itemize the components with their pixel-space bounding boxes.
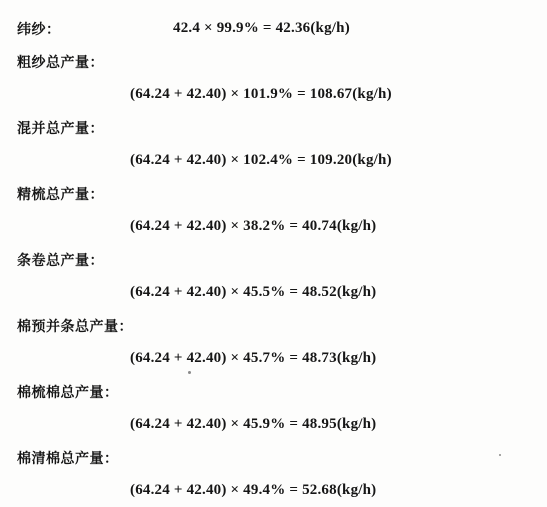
row-cotton-pre-drawing-total-label: 棉预并条总产量： (17, 309, 547, 342)
formula-cotton-carding-total: (64.24 + 42.40) × 45.9% = 48.95(kg/h) (130, 416, 376, 433)
row-cotton-cleaning-total-label: 棉清棉总产量： (17, 441, 547, 474)
scan-speck (499, 454, 501, 456)
row-sliver-lap-total-formula: (64.24 + 42.40) × 45.5% = 48.52(kg/h) (17, 276, 547, 309)
row-cotton-cleaning-total-formula: (64.24 + 42.40) × 49.4% = 52.68(kg/h) (17, 474, 547, 507)
row-cotton-carding-total-label: 棉梳棉总产量： (17, 375, 547, 408)
row-roving-total-formula: (64.24 + 42.40) × 101.9% = 108.67(kg/h) (17, 78, 547, 111)
row-cotton-pre-drawing-total-formula: (64.24 + 42.40) × 45.7% = 48.73(kg/h) (17, 342, 547, 375)
row-weft-yarn: 纬纱： 42.4 × 99.9% = 42.36(kg/h) (17, 12, 547, 45)
row-combing-total-formula: (64.24 + 42.40) × 38.2% = 40.74(kg/h) (17, 210, 547, 243)
label-cotton-cleaning-total: 棉清棉总产量： (17, 448, 119, 468)
formula-roving-total: (64.24 + 42.40) × 101.9% = 108.67(kg/h) (130, 86, 392, 103)
row-roving-total-label: 粗纱总产量： (17, 45, 547, 78)
row-sliver-lap-total-label: 条卷总产量： (17, 243, 547, 276)
scan-speck (188, 371, 191, 374)
row-mixed-drawing-total-label: 混并总产量： (17, 111, 547, 144)
formula-cotton-cleaning-total: (64.24 + 42.40) × 49.4% = 52.68(kg/h) (130, 482, 376, 499)
row-cotton-carding-total-formula: (64.24 + 42.40) × 45.9% = 48.95(kg/h) (17, 408, 547, 441)
label-roving-total: 粗纱总产量： (17, 52, 104, 72)
row-combing-total-label: 精梳总产量： (17, 177, 547, 210)
label-weft-yarn: 纬纱： (17, 19, 61, 39)
label-mixed-drawing-total: 混并总产量： (17, 118, 104, 138)
formula-cotton-pre-drawing-total: (64.24 + 42.40) × 45.7% = 48.73(kg/h) (130, 350, 376, 367)
row-mixed-drawing-total-formula: (64.24 + 42.40) × 102.4% = 109.20(kg/h) (17, 144, 547, 177)
formula-combing-total: (64.24 + 42.40) × 38.2% = 40.74(kg/h) (130, 218, 376, 235)
formula-sliver-lap-total: (64.24 + 42.40) × 45.5% = 48.52(kg/h) (130, 284, 376, 301)
label-cotton-carding-total: 棉梳棉总产量： (17, 382, 119, 402)
formula-weft-yarn: 42.4 × 99.9% = 42.36(kg/h) (173, 12, 350, 45)
formula-mixed-drawing-total: (64.24 + 42.40) × 102.4% = 109.20(kg/h) (130, 152, 392, 169)
label-sliver-lap-total: 条卷总产量： (17, 250, 104, 270)
document-page: 纬纱： 42.4 × 99.9% = 42.36(kg/h) 粗纱总产量： (6… (0, 0, 547, 507)
label-cotton-pre-drawing-total: 棉预并条总产量： (17, 316, 133, 336)
label-combing-total: 精梳总产量： (17, 184, 104, 204)
